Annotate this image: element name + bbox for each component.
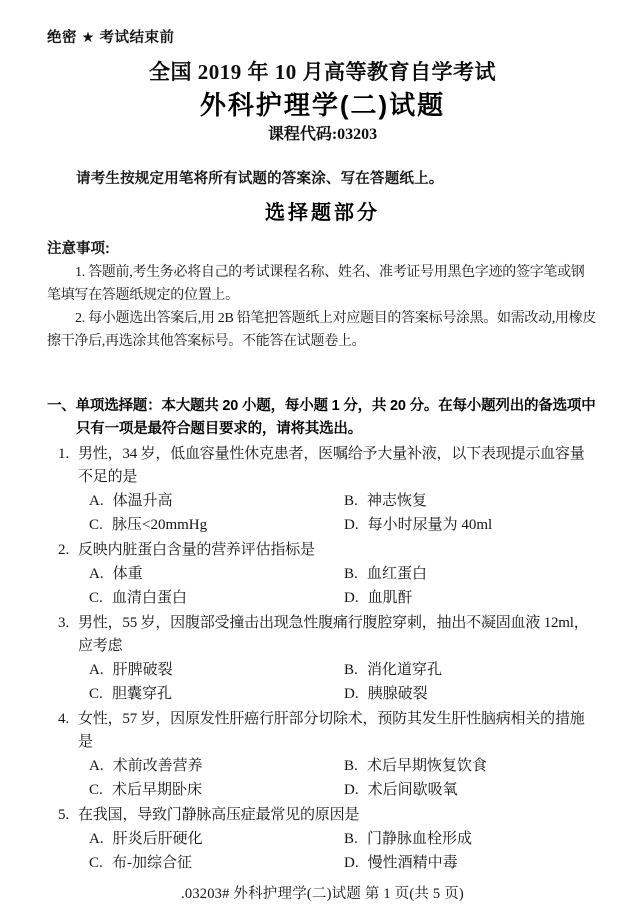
option: C.血清白蛋白 xyxy=(89,586,344,610)
option: B.门静脉血栓形成 xyxy=(344,827,598,851)
option-letter: C. xyxy=(89,851,103,875)
option-text: 血红蛋白 xyxy=(367,566,427,582)
option: A.肝炎后肝硬化 xyxy=(89,827,344,851)
option: B.神志恢复 xyxy=(344,489,598,513)
question-stem: 在我国，导致门静脉高压症最常见的原因是 xyxy=(78,804,598,827)
exam-title: 全国 2019 年 10 月高等教育自学考试 xyxy=(47,58,598,86)
course-code: 课程代码:03203 xyxy=(47,124,598,146)
answer-instruction: 请考生按规定用笔将所有试题的答案涂、写在答题纸上。 xyxy=(47,170,598,188)
option-text: 血肌酐 xyxy=(368,590,413,606)
option-text: 胰腺破裂 xyxy=(368,686,428,702)
option-letter: D. xyxy=(344,682,359,706)
option-letter: B. xyxy=(344,827,358,851)
question-options: A.体温升高 B.神志恢复 C.脉压<20mmHg D.每小时尿量为 40ml xyxy=(89,489,598,537)
option-text: 体温升高 xyxy=(113,493,173,509)
option-text: 术后间歇吸氧 xyxy=(368,782,458,798)
question-options: A.肝脾破裂 B.消化道穿孔 C.胆囊穿孔 D.胰腺破裂 xyxy=(89,658,598,706)
part-heading-text: 单项选择题：本大题共 20 小题，每小题 1 分，共 20 分。在每小题列出的备… xyxy=(76,398,596,437)
question-number: 3. xyxy=(58,612,78,658)
option-text: 胆囊穿孔 xyxy=(112,686,172,702)
option-text: 慢性酒精中毒 xyxy=(368,855,458,871)
option-letter: B. xyxy=(344,658,358,682)
question-options: A.术前改善营养 B.术后早期恢复饮食 C.术后早期卧床 D.术后间歇吸氧 xyxy=(89,754,598,802)
page-footer: .03203# 外科护理学(二)试题 第 1 页(共 5 页) xyxy=(47,885,598,903)
option-text: 术前改善营养 xyxy=(113,758,203,774)
question: 2. 反映内脏蛋白含量的营养评估指标是 A.体重 B.血红蛋白 C.血清白蛋白 … xyxy=(47,539,598,610)
option-letter: A. xyxy=(89,562,104,586)
option: B.血红蛋白 xyxy=(344,562,598,586)
option-text: 术后早期恢复饮食 xyxy=(367,758,487,774)
classified-banner: 绝密 ★ 考试结束前 xyxy=(47,30,598,46)
option-letter: B. xyxy=(344,754,358,778)
option-letter: C. xyxy=(89,513,103,537)
option-text: 脉压<20mmHg xyxy=(112,517,207,533)
question-number: 4. xyxy=(58,708,78,754)
question-stem: 男性，34 岁，低血容量性休克患者，医嘱给予大量补液，以下表现提示血容量不足的是 xyxy=(78,443,598,489)
question-options: A.肝炎后肝硬化 B.门静脉血栓形成 C.布-加综合征 D.慢性酒精中毒 xyxy=(89,827,598,875)
question-stem: 反映内脏蛋白含量的营养评估指标是 xyxy=(78,539,598,562)
option: D.胰腺破裂 xyxy=(344,682,598,706)
option-text: 体重 xyxy=(113,566,143,582)
option-letter: D. xyxy=(344,513,359,537)
exam-paper-page: 绝密 ★ 考试结束前 全国 2019 年 10 月高等教育自学考试 外科护理学(… xyxy=(0,0,640,921)
option-text: 血清白蛋白 xyxy=(112,590,187,606)
option-text: 门静脉血栓形成 xyxy=(367,831,472,847)
paper-title: 外科护理学(二)试题 xyxy=(47,88,598,122)
question-number: 1. xyxy=(58,443,78,489)
option: C.布-加综合征 xyxy=(89,851,344,875)
option-letter: A. xyxy=(89,658,104,682)
option-text: 肝炎后肝硬化 xyxy=(113,831,203,847)
question-list: 1. 男性，34 岁，低血容量性休克患者，医嘱给予大量补液，以下表现提示血容量不… xyxy=(47,443,598,875)
option-letter: D. xyxy=(344,586,359,610)
part-numeral: 一、 xyxy=(47,398,76,414)
option: B.消化道穿孔 xyxy=(344,658,598,682)
option-letter: B. xyxy=(344,562,358,586)
part-heading: 一、单项选择题：本大题共 20 小题，每小题 1 分，共 20 分。在每小题列出… xyxy=(47,395,598,441)
option: C.术后早期卧床 xyxy=(89,778,344,802)
option-text: 术后早期卧床 xyxy=(112,782,202,798)
option: A.体重 xyxy=(89,562,344,586)
option-letter: A. xyxy=(89,827,104,851)
option: D.每小时尿量为 40ml xyxy=(344,513,598,537)
option-text: 神志恢复 xyxy=(367,493,427,509)
option-text: 每小时尿量为 40ml xyxy=(368,517,493,533)
question: 5. 在我国，导致门静脉高压症最常见的原因是 A.肝炎后肝硬化 B.门静脉血栓形… xyxy=(47,804,598,875)
option-text: 消化道穿孔 xyxy=(367,662,442,678)
option: D.血肌酐 xyxy=(344,586,598,610)
question-number: 2. xyxy=(58,539,78,562)
note-item: 1. 答题前,考生务必将自己的考试课程名称、姓名、准考证号用黑色字迹的签字笔或钢… xyxy=(47,261,598,307)
option-letter: B. xyxy=(344,489,358,513)
option: A.术前改善营养 xyxy=(89,754,344,778)
option-letter: C. xyxy=(89,682,103,706)
option-text: 布-加综合征 xyxy=(112,855,192,871)
option-letter: C. xyxy=(89,586,103,610)
question: 3. 男性，55 岁，因腹部受撞击出现急性腹痛行腹腔穿刺，抽出不凝固血液 12m… xyxy=(47,612,598,706)
option-letter: A. xyxy=(89,489,104,513)
option-letter: C. xyxy=(89,778,103,802)
option: C.脉压<20mmHg xyxy=(89,513,344,537)
option-letter: A. xyxy=(89,754,104,778)
option: D.术后间歇吸氧 xyxy=(344,778,598,802)
option: D.慢性酒精中毒 xyxy=(344,851,598,875)
option: A.体温升高 xyxy=(89,489,344,513)
question: 1. 男性，34 岁，低血容量性休克患者，医嘱给予大量补液，以下表现提示血容量不… xyxy=(47,443,598,537)
question-number: 5. xyxy=(58,804,78,827)
notes-label: 注意事项: xyxy=(47,238,598,261)
question-stem: 女性，57 岁，因原发性肝癌行肝部分切除术，预防其发生肝性脑病相关的措施是 xyxy=(78,708,598,754)
question: 4. 女性，57 岁，因原发性肝癌行肝部分切除术，预防其发生肝性脑病相关的措施是… xyxy=(47,708,598,802)
option: A.肝脾破裂 xyxy=(89,658,344,682)
option-letter: D. xyxy=(344,851,359,875)
option-letter: D. xyxy=(344,778,359,802)
option: B.术后早期恢复饮食 xyxy=(344,754,598,778)
section-title: 选择题部分 xyxy=(47,201,598,225)
notes-section: 注意事项: 1. 答题前,考生务必将自己的考试课程名称、姓名、准考证号用黑色字迹… xyxy=(47,238,598,353)
note-item: 2. 每小题选出答案后,用 2B 铅笔把答题纸上对应题目的答案标号涂黑。如需改动… xyxy=(47,307,598,353)
question-options: A.体重 B.血红蛋白 C.血清白蛋白 D.血肌酐 xyxy=(89,562,598,610)
option: C.胆囊穿孔 xyxy=(89,682,344,706)
option-text: 肝脾破裂 xyxy=(113,662,173,678)
question-stem: 男性，55 岁，因腹部受撞击出现急性腹痛行腹腔穿刺，抽出不凝固血液 12ml，应… xyxy=(78,612,598,658)
